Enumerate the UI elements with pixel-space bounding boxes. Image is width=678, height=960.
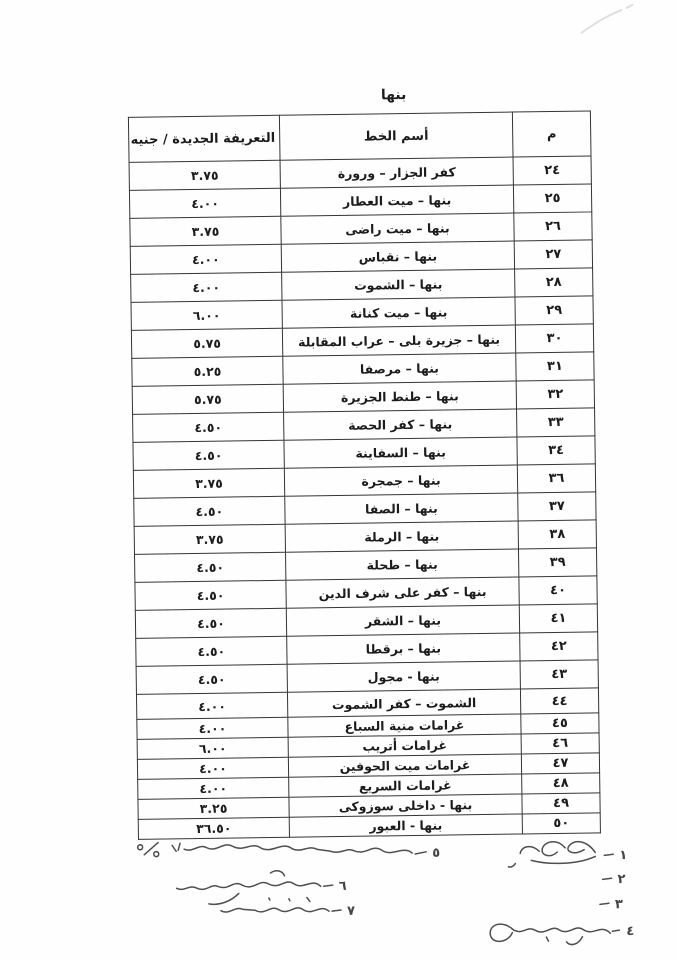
row-number: ٤٧ bbox=[521, 753, 599, 774]
column-header-number: م bbox=[512, 111, 591, 157]
handwritten-notes-left: ٥ ٦ ٧ bbox=[120, 836, 456, 931]
tariff-value: ٥.٧٥ bbox=[132, 384, 283, 414]
tariff-table: م أسم الخط التعريفة الجديدة / جنيه ٢٤ كف… bbox=[128, 110, 601, 839]
row-number: ٤٩ bbox=[522, 793, 600, 814]
page-title: بنها bbox=[128, 84, 590, 106]
handwritten-dash bbox=[603, 878, 612, 879]
table-header-row: م أسم الخط التعريفة الجديدة / جنيه bbox=[128, 111, 591, 162]
line-name: بنها – كفر على شرف الدين bbox=[286, 577, 519, 608]
handwritten-scribble bbox=[515, 928, 610, 935]
faint-pen-mark bbox=[571, 0, 644, 47]
column-header-line-name: أسم الخط bbox=[279, 112, 513, 160]
row-number: ٤٨ bbox=[522, 773, 600, 794]
tariff-value: ٥.٧٥ bbox=[131, 328, 282, 358]
handwritten-scribble bbox=[520, 841, 595, 856]
handwritten-dash bbox=[604, 854, 613, 855]
row-number: ٣٢ bbox=[516, 380, 594, 409]
tariff-value: ٣.٧٥ bbox=[133, 468, 284, 498]
tariff-value: ٤.٠٠ bbox=[136, 692, 287, 719]
line-name: بنها – السفاينة bbox=[284, 437, 517, 468]
tariff-value: ٤.٥٠ bbox=[133, 412, 284, 442]
line-name: بنها – ميت العطار bbox=[280, 185, 513, 216]
row-number: ٥٠ bbox=[522, 813, 600, 834]
handwritten-notes-right: ١ ٢ ٣ ٤ bbox=[483, 831, 678, 958]
handwritten-number: ٣ bbox=[615, 897, 623, 912]
tariff-value: ٤.٥٠ bbox=[135, 580, 286, 610]
row-number: ٢٦ bbox=[514, 212, 592, 241]
handwritten-scribble bbox=[177, 882, 321, 890]
line-name: بنها – نقباس bbox=[281, 241, 514, 272]
tariff-value: ٤.٠٠ bbox=[130, 244, 281, 274]
handwritten-dash bbox=[612, 930, 619, 931]
tariff-value: ٤.٠٠ bbox=[129, 188, 280, 218]
handwritten-number: ٤ bbox=[626, 924, 634, 939]
tariff-value: ٣.٧٥ bbox=[129, 160, 280, 190]
line-name: بنها - مجول bbox=[287, 661, 520, 692]
tariff-value: ٤.٠٠ bbox=[131, 272, 282, 302]
row-number: ٣٩ bbox=[518, 548, 596, 577]
row-number: ٤١ bbox=[519, 604, 597, 633]
line-name: بنها – جزيرة بلى – عراب المقابلة bbox=[282, 325, 515, 356]
handwritten-dash bbox=[415, 852, 426, 854]
tariff-value: ٤.٥٠ bbox=[135, 608, 286, 638]
handwritten-number: ٧ bbox=[347, 904, 355, 919]
row-number: ٤٤ bbox=[520, 688, 598, 714]
handwritten-scribble bbox=[581, 5, 632, 33]
tariff-value: ٤.٥٠ bbox=[134, 496, 285, 526]
handwritten-number: ٥ bbox=[432, 846, 440, 861]
row-number: ٣٧ bbox=[518, 492, 596, 521]
handwritten-dash bbox=[332, 910, 341, 911]
handwritten-scribble bbox=[221, 907, 329, 913]
line-name: بنها – برقطا bbox=[287, 633, 520, 664]
tariff-value: ٤.٠٠ bbox=[137, 757, 288, 779]
tariff-value: ٤.٠٠ bbox=[137, 717, 288, 739]
row-number: ٤٦ bbox=[521, 733, 599, 754]
line-name: بنها – جمجرة bbox=[284, 465, 517, 496]
tariff-table-body: ٢٤ كفر الجزار – ورورة ٣.٧٥ ٢٥ بنها – ميت… bbox=[129, 156, 600, 839]
handwritten-dash bbox=[600, 903, 609, 904]
tariff-value: ٦.٠٠ bbox=[131, 300, 282, 330]
row-number: ٣٠ bbox=[515, 324, 593, 353]
handwritten-scribble bbox=[269, 897, 310, 902]
row-number: ٣٨ bbox=[518, 520, 596, 549]
tariff-value: ٦.٠٠ bbox=[137, 737, 288, 759]
line-name: بنها – الشموت bbox=[282, 269, 515, 300]
tariff-value: ٣.٢٥ bbox=[138, 797, 289, 819]
line-name: بنها – الصفا bbox=[285, 493, 518, 524]
line-name: بنها – كفر الحصة bbox=[284, 409, 517, 440]
handwritten-scribble bbox=[508, 856, 595, 867]
line-name: بنها – ميت راضى bbox=[281, 213, 514, 244]
line-name: كفر الجزار – ورورة bbox=[280, 157, 513, 188]
handwritten-number: ٢ bbox=[618, 872, 626, 887]
row-number: ٢٩ bbox=[515, 296, 593, 325]
tariff-value: ٤.٠٠ bbox=[138, 777, 289, 799]
tariff-value: ٤.٥٠ bbox=[136, 664, 287, 694]
handwritten-dash bbox=[324, 885, 333, 886]
row-number: ٤٥ bbox=[521, 713, 599, 734]
row-number: ٣٦ bbox=[517, 464, 595, 493]
row-number: ٢٨ bbox=[515, 268, 593, 297]
line-name: بنها – مرصفا bbox=[283, 353, 516, 384]
tariff-value: ٤.٥٠ bbox=[133, 440, 284, 470]
tariff-value: ٥.٢٥ bbox=[132, 356, 283, 386]
row-number: ٤٢ bbox=[520, 632, 598, 661]
line-name: بنها – طنط الجزيرة bbox=[283, 381, 516, 412]
row-number: ٤٠ bbox=[519, 576, 597, 605]
tariff-value: ٤.٥٠ bbox=[135, 552, 286, 582]
handwritten-number: ٦ bbox=[339, 879, 347, 894]
line-name: الشموت – كفر الشموت bbox=[287, 689, 520, 717]
row-number: ٣٤ bbox=[517, 436, 595, 465]
tariff-value: ٣.٧٥ bbox=[130, 216, 281, 246]
document-content: بنها م أسم الخط التعريفة الجديدة / جنيه … bbox=[0, 0, 678, 960]
tariff-value: ٣٦.٥٠ bbox=[138, 817, 289, 839]
line-name: بنها – طحلة bbox=[286, 549, 519, 580]
handwritten-scribble bbox=[138, 842, 181, 857]
tariff-value: ٣.٧٥ bbox=[134, 524, 285, 554]
line-name: بنها – ميت كنانة bbox=[282, 297, 515, 328]
line-name: بنها – الشقر bbox=[286, 605, 519, 636]
row-number: ٤٣ bbox=[520, 660, 598, 689]
tariff-value: ٤.٥٠ bbox=[136, 636, 287, 666]
handwritten-scribble bbox=[184, 842, 412, 856]
line-name: بنها – الرملة bbox=[285, 521, 518, 552]
row-number: ٣٣ bbox=[517, 408, 595, 437]
handwritten-scribble bbox=[490, 923, 582, 946]
row-number: ٣١ bbox=[516, 352, 594, 381]
row-number: ٢٧ bbox=[514, 240, 592, 269]
handwritten-number: ١ bbox=[619, 848, 627, 863]
row-number: ٢٥ bbox=[513, 184, 591, 213]
row-number: ٢٤ bbox=[513, 156, 591, 185]
scanned-document-page: بنها م أسم الخط التعريفة الجديدة / جنيه … bbox=[0, 0, 678, 960]
column-header-tariff: التعريفة الجديدة / جنيه bbox=[128, 115, 280, 162]
